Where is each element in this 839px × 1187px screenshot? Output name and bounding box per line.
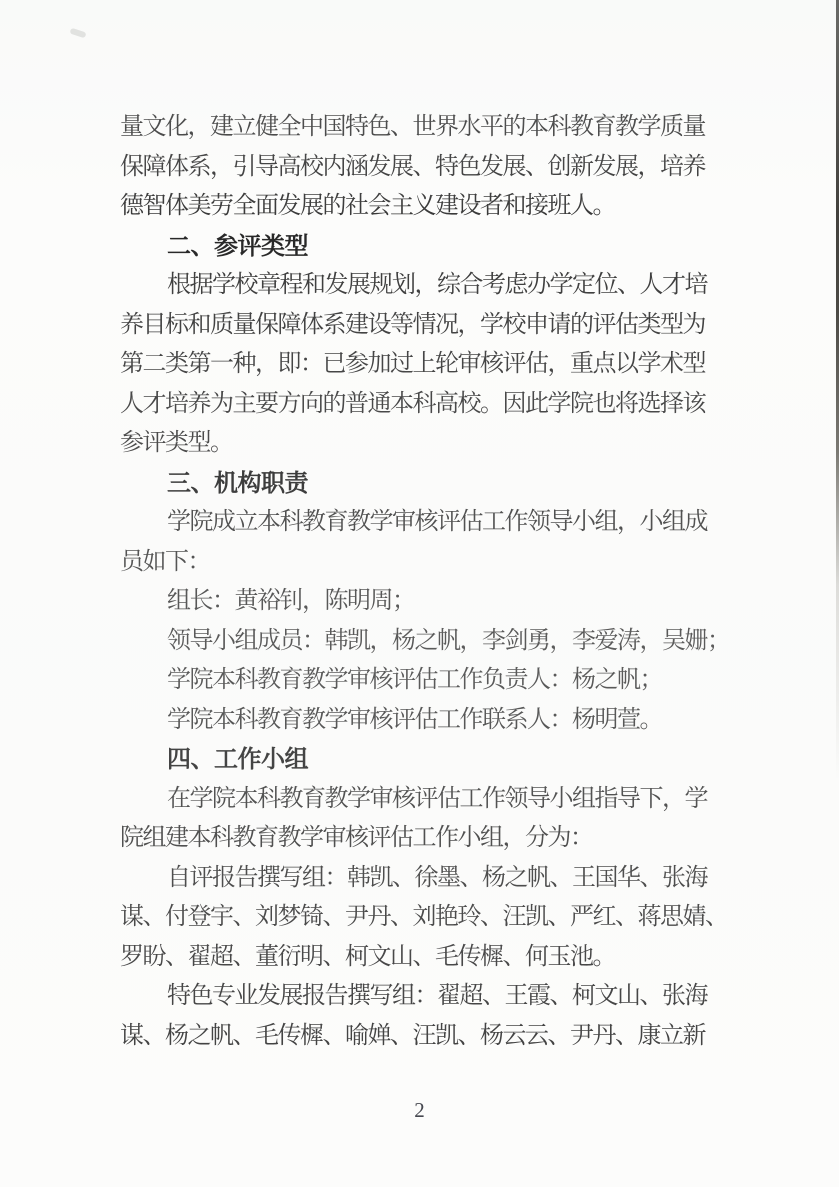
- text-line: 第二类第一种，即：已参加过上轮审核评估，重点以学术型: [120, 345, 720, 385]
- scan-artifact-smudge: [69, 28, 86, 39]
- text-line: 参评类型。: [120, 424, 720, 464]
- text-line: 谋、付登宇、刘梦锜、尹丹、刘艳玲、汪凯、严红、蒋思婧、: [120, 898, 720, 938]
- section-heading-working-groups: 四、工作小组: [120, 740, 720, 780]
- section-heading-participation-type: 二、参评类型: [120, 227, 720, 267]
- text-line-self-evaluation-group: 自评报告撰写组：韩凯、徐墨、杨之帆、王国华、张海: [120, 859, 720, 899]
- text-line: 保障体系，引导高校内涵发展、特色发展、创新发展，培养: [120, 148, 720, 188]
- document-page: 量文化，建立健全中国特色、世界水平的本科教育教学质量 保障体系，引导高校内涵发展…: [0, 0, 839, 1187]
- text-line: 德智体美劳全面发展的社会主义建设者和接班人。: [120, 187, 720, 227]
- text-line-contact-person: 学院本科教育教学审核评估工作联系人：杨明萱。: [120, 701, 720, 741]
- text-line: 院组建本科教育教学审核评估工作小组，分为：: [120, 819, 720, 859]
- text-line: 学院成立本科教育教学审核评估工作领导小组，小组成: [120, 503, 720, 543]
- text-line-responsible-person: 学院本科教育教学审核评估工作负责人：杨之帆；: [120, 661, 720, 701]
- text-line: 在学院本科教育教学审核评估工作领导小组指导下，学: [120, 780, 720, 820]
- text-line-group-members: 领导小组成员：韩凯，杨之帆，李剑勇，李爱涛，吴姗；: [120, 622, 720, 662]
- text-line: 人才培养为主要方向的普通本科高校。因此学院也将选择该: [120, 385, 720, 425]
- text-line: 养目标和质量保障体系建设等情况，学校申请的评估类型为: [120, 306, 720, 346]
- text-line-group-leader: 组长：黄裕钊，陈明周；: [120, 582, 720, 622]
- text-line: 根据学校章程和发展规划，综合考虑办学定位、人才培: [120, 266, 720, 306]
- text-line: 谋、杨之帆、毛传樨、喻婵、汪凯、杨云云、尹丹、康立新: [120, 1017, 720, 1057]
- text-line: 员如下：: [120, 543, 720, 583]
- section-heading-organization-duties: 三、机构职责: [120, 464, 720, 504]
- document-body: 量文化，建立健全中国特色、世界水平的本科教育教学质量 保障体系，引导高校内涵发展…: [120, 108, 720, 1056]
- text-line: 量文化，建立健全中国特色、世界水平的本科教育教学质量: [120, 108, 720, 148]
- text-line: 罗盼、翟超、董衍明、柯文山、毛传樨、何玉池。: [120, 938, 720, 978]
- page-number: 2: [0, 1097, 839, 1123]
- text-line-special-report-group: 特色专业发展报告撰写组：翟超、王霞、柯文山、张海: [120, 977, 720, 1017]
